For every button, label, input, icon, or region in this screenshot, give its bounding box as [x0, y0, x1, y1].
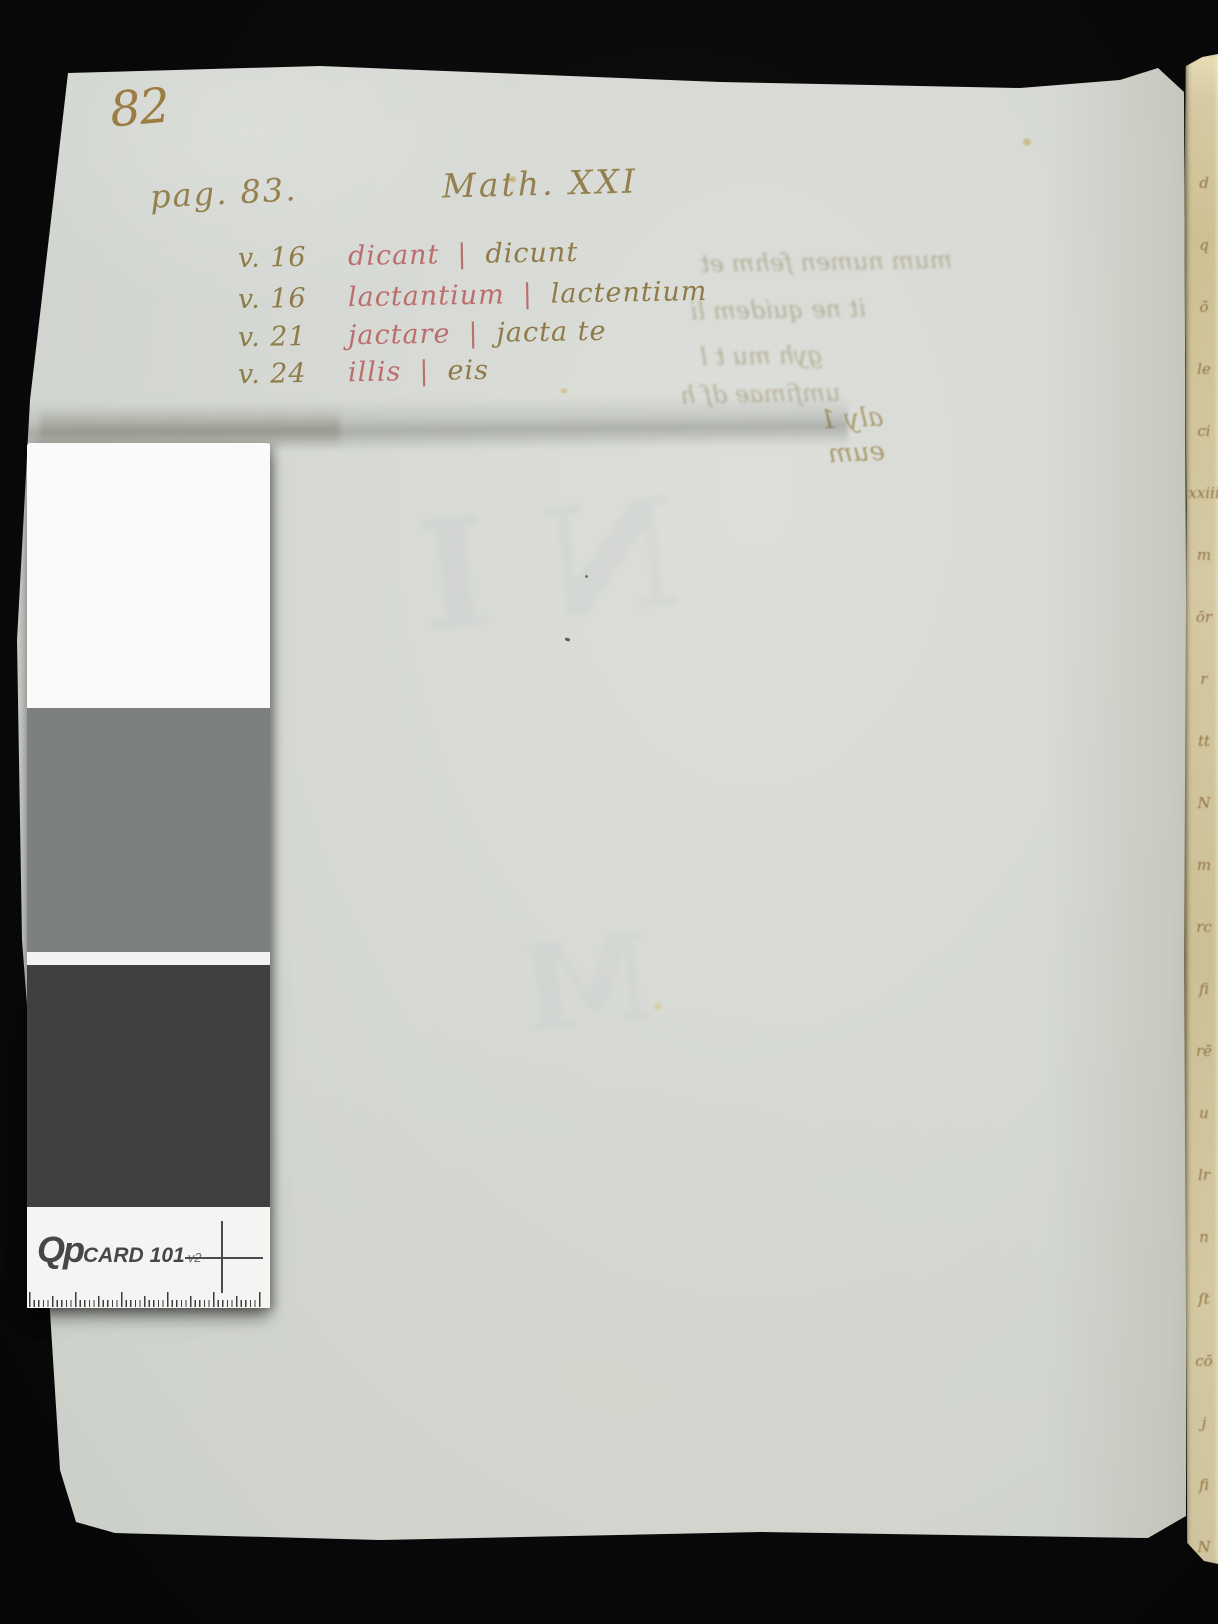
separator-stroke: |	[457, 239, 468, 270]
folio-number: 82	[108, 78, 172, 139]
annotation-line: v. 21 jactare | jacta te	[238, 316, 607, 353]
lemma-word: dicant	[348, 239, 440, 272]
leaf-fragment: lr	[1198, 1166, 1210, 1184]
leaf-fragment: r	[1200, 670, 1207, 688]
page-reference-label: pag. 83.	[149, 170, 298, 216]
stain	[1022, 138, 1032, 146]
verse-ref: v. 16	[238, 241, 331, 274]
showthrough-script: gyh mu t l	[700, 341, 823, 371]
stain	[508, 176, 517, 183]
annotation-line: v. 16 dicant | dicunt	[238, 237, 579, 274]
showthrough-script: mum numen fehm et	[700, 246, 953, 278]
showthrough-large-letters: M	[512, 894, 662, 1075]
chapter-heading: Math. XXI	[442, 161, 639, 205]
leaf-text-fragments: dqōlecixxiiimōrrttNmrcfirēulrnſtcōjfiNtt	[1191, 54, 1217, 1564]
brand-number: 101	[150, 1244, 185, 1267]
verse-ref: v. 21	[238, 321, 331, 354]
separator-stroke: |	[419, 356, 430, 387]
leaf-fragment: ō	[1199, 298, 1208, 316]
millimeter-ruler	[29, 1291, 263, 1307]
leaf-fragment: ſt	[1198, 1290, 1210, 1308]
registration-cross-icon	[185, 1257, 263, 1259]
leaf-fragment: m	[1197, 856, 1211, 874]
leaf-fragment: m	[1197, 546, 1211, 564]
variant-reading: jacta te	[496, 316, 606, 349]
leaf-fragment: tt	[1198, 732, 1210, 750]
verse-ref: v. 16	[238, 282, 331, 315]
annotation-line: v. 24 illis | eis	[238, 355, 490, 390]
leaf-fragment: rc	[1196, 918, 1212, 936]
variant-reading: dicunt	[485, 237, 578, 270]
adjacent-leaf-edge: dqōlecixxiiimōrrttNmrcfirēulrnſtcōjfiNtt	[1183, 54, 1218, 1564]
patch-divider	[27, 952, 270, 965]
card-label-area: QpCARD101v2	[27, 1207, 270, 1308]
leaf-fragment: ōr	[1196, 608, 1212, 626]
stain	[585, 575, 588, 578]
stain	[560, 388, 568, 394]
verse-ref: v. 24	[238, 358, 331, 391]
leaf-fragment: u	[1199, 1104, 1209, 1122]
dark-gray-patch	[27, 965, 270, 1207]
lemma-word: jactare	[348, 319, 451, 352]
leaf-fragment: rē	[1196, 1042, 1212, 1060]
leaf-fragment: N	[1197, 1538, 1210, 1556]
stain	[652, 1002, 663, 1011]
leaf-fragment: N	[1197, 794, 1210, 812]
fold-crease-shadow	[40, 408, 340, 448]
leaf-fragment: fi	[1199, 980, 1209, 998]
registration-cross-icon	[221, 1221, 223, 1293]
lemma-word: lactantium	[348, 279, 505, 313]
mid-gray-patch	[27, 708, 270, 952]
showthrough-script: it ne quidem li	[690, 294, 867, 325]
leaf-fragment: fi	[1199, 1476, 1209, 1494]
leaf-fragment: cō	[1195, 1352, 1212, 1370]
leaf-fragment: tt	[1198, 1600, 1210, 1618]
color-calibration-card: QpCARD101v2	[27, 443, 270, 1308]
leaf-fragment: xxiii	[1188, 484, 1218, 502]
white-patch	[27, 443, 270, 708]
leaf-fragment: ci	[1197, 422, 1210, 440]
leaf-fragment: d	[1199, 174, 1209, 192]
photo-stage: mum numen fehm et it ne quidem li gyh mu…	[0, 0, 1218, 1624]
separator-stroke: |	[522, 279, 533, 310]
separator-stroke: |	[468, 318, 479, 349]
brand-qp: Qp	[37, 1229, 83, 1270]
leaf-fragment: le	[1197, 360, 1211, 378]
qpcard-brand: QpCARD101v2	[37, 1229, 201, 1271]
lemma-word: illis	[348, 356, 402, 388]
showthrough-large-letters: N I	[410, 447, 690, 683]
variant-reading: eis	[447, 355, 489, 387]
leaf-fragment: j	[1202, 1414, 1207, 1432]
brand-card: CARD	[83, 1244, 144, 1267]
variant-reading: lactentium	[550, 276, 707, 310]
leaf-fragment: n	[1199, 1228, 1209, 1246]
leaf-fragment: q	[1199, 236, 1209, 254]
